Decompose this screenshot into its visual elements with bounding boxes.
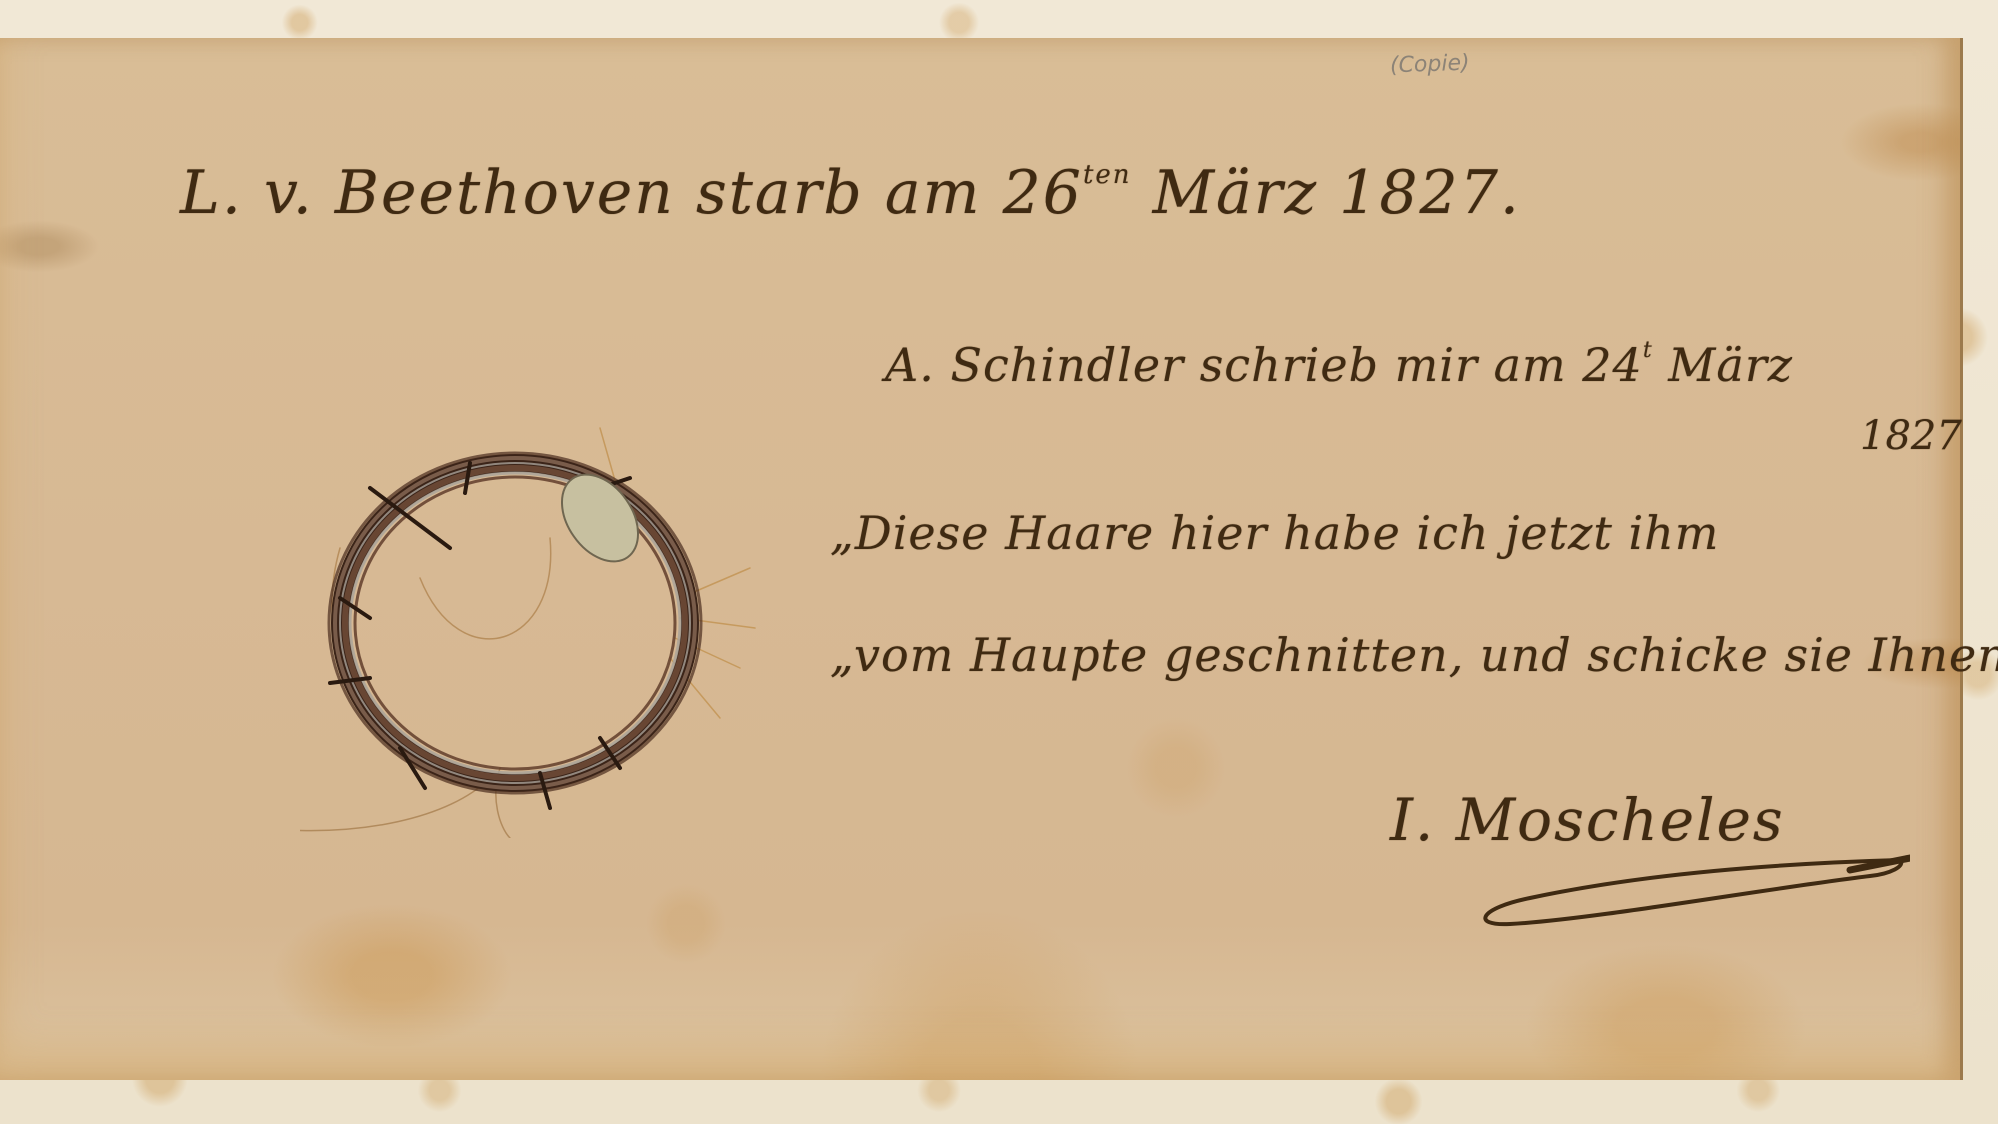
line1-text: L. v. Beethoven starb am 26 [180, 158, 1083, 228]
pencil-annotation: (Copie) [1390, 51, 1470, 79]
line2-text: A. Schindler schrieb mir am 24 [885, 338, 1643, 392]
signature-flourish [1470, 848, 1910, 928]
line-schindler-wrote: A. Schindler schrieb mir am 24t März [885, 338, 1793, 392]
heading-line-death-date: L. v. Beethoven starb am 26ten März 1827… [180, 158, 1521, 228]
line1-superscript: ten [1083, 160, 1132, 190]
paper-sheet: (Copie) L. v. Beethoven starb am 26ten M… [0, 38, 1963, 1080]
line2-superscript: t [1643, 338, 1653, 363]
signature: I. Moscheles [1390, 786, 1785, 854]
line2-year: 1827 [1860, 413, 1962, 459]
line1-text-end: März 1827. [1132, 158, 1521, 228]
line2-text-end: März [1653, 338, 1793, 392]
lock-of-hair-image [300, 418, 760, 838]
quote-line-2: „vom Haupte geschnitten, und schicke sie… [830, 628, 1998, 682]
quote-line-1: „Diese Haare hier habe ich jetzt ihm [830, 506, 1719, 560]
